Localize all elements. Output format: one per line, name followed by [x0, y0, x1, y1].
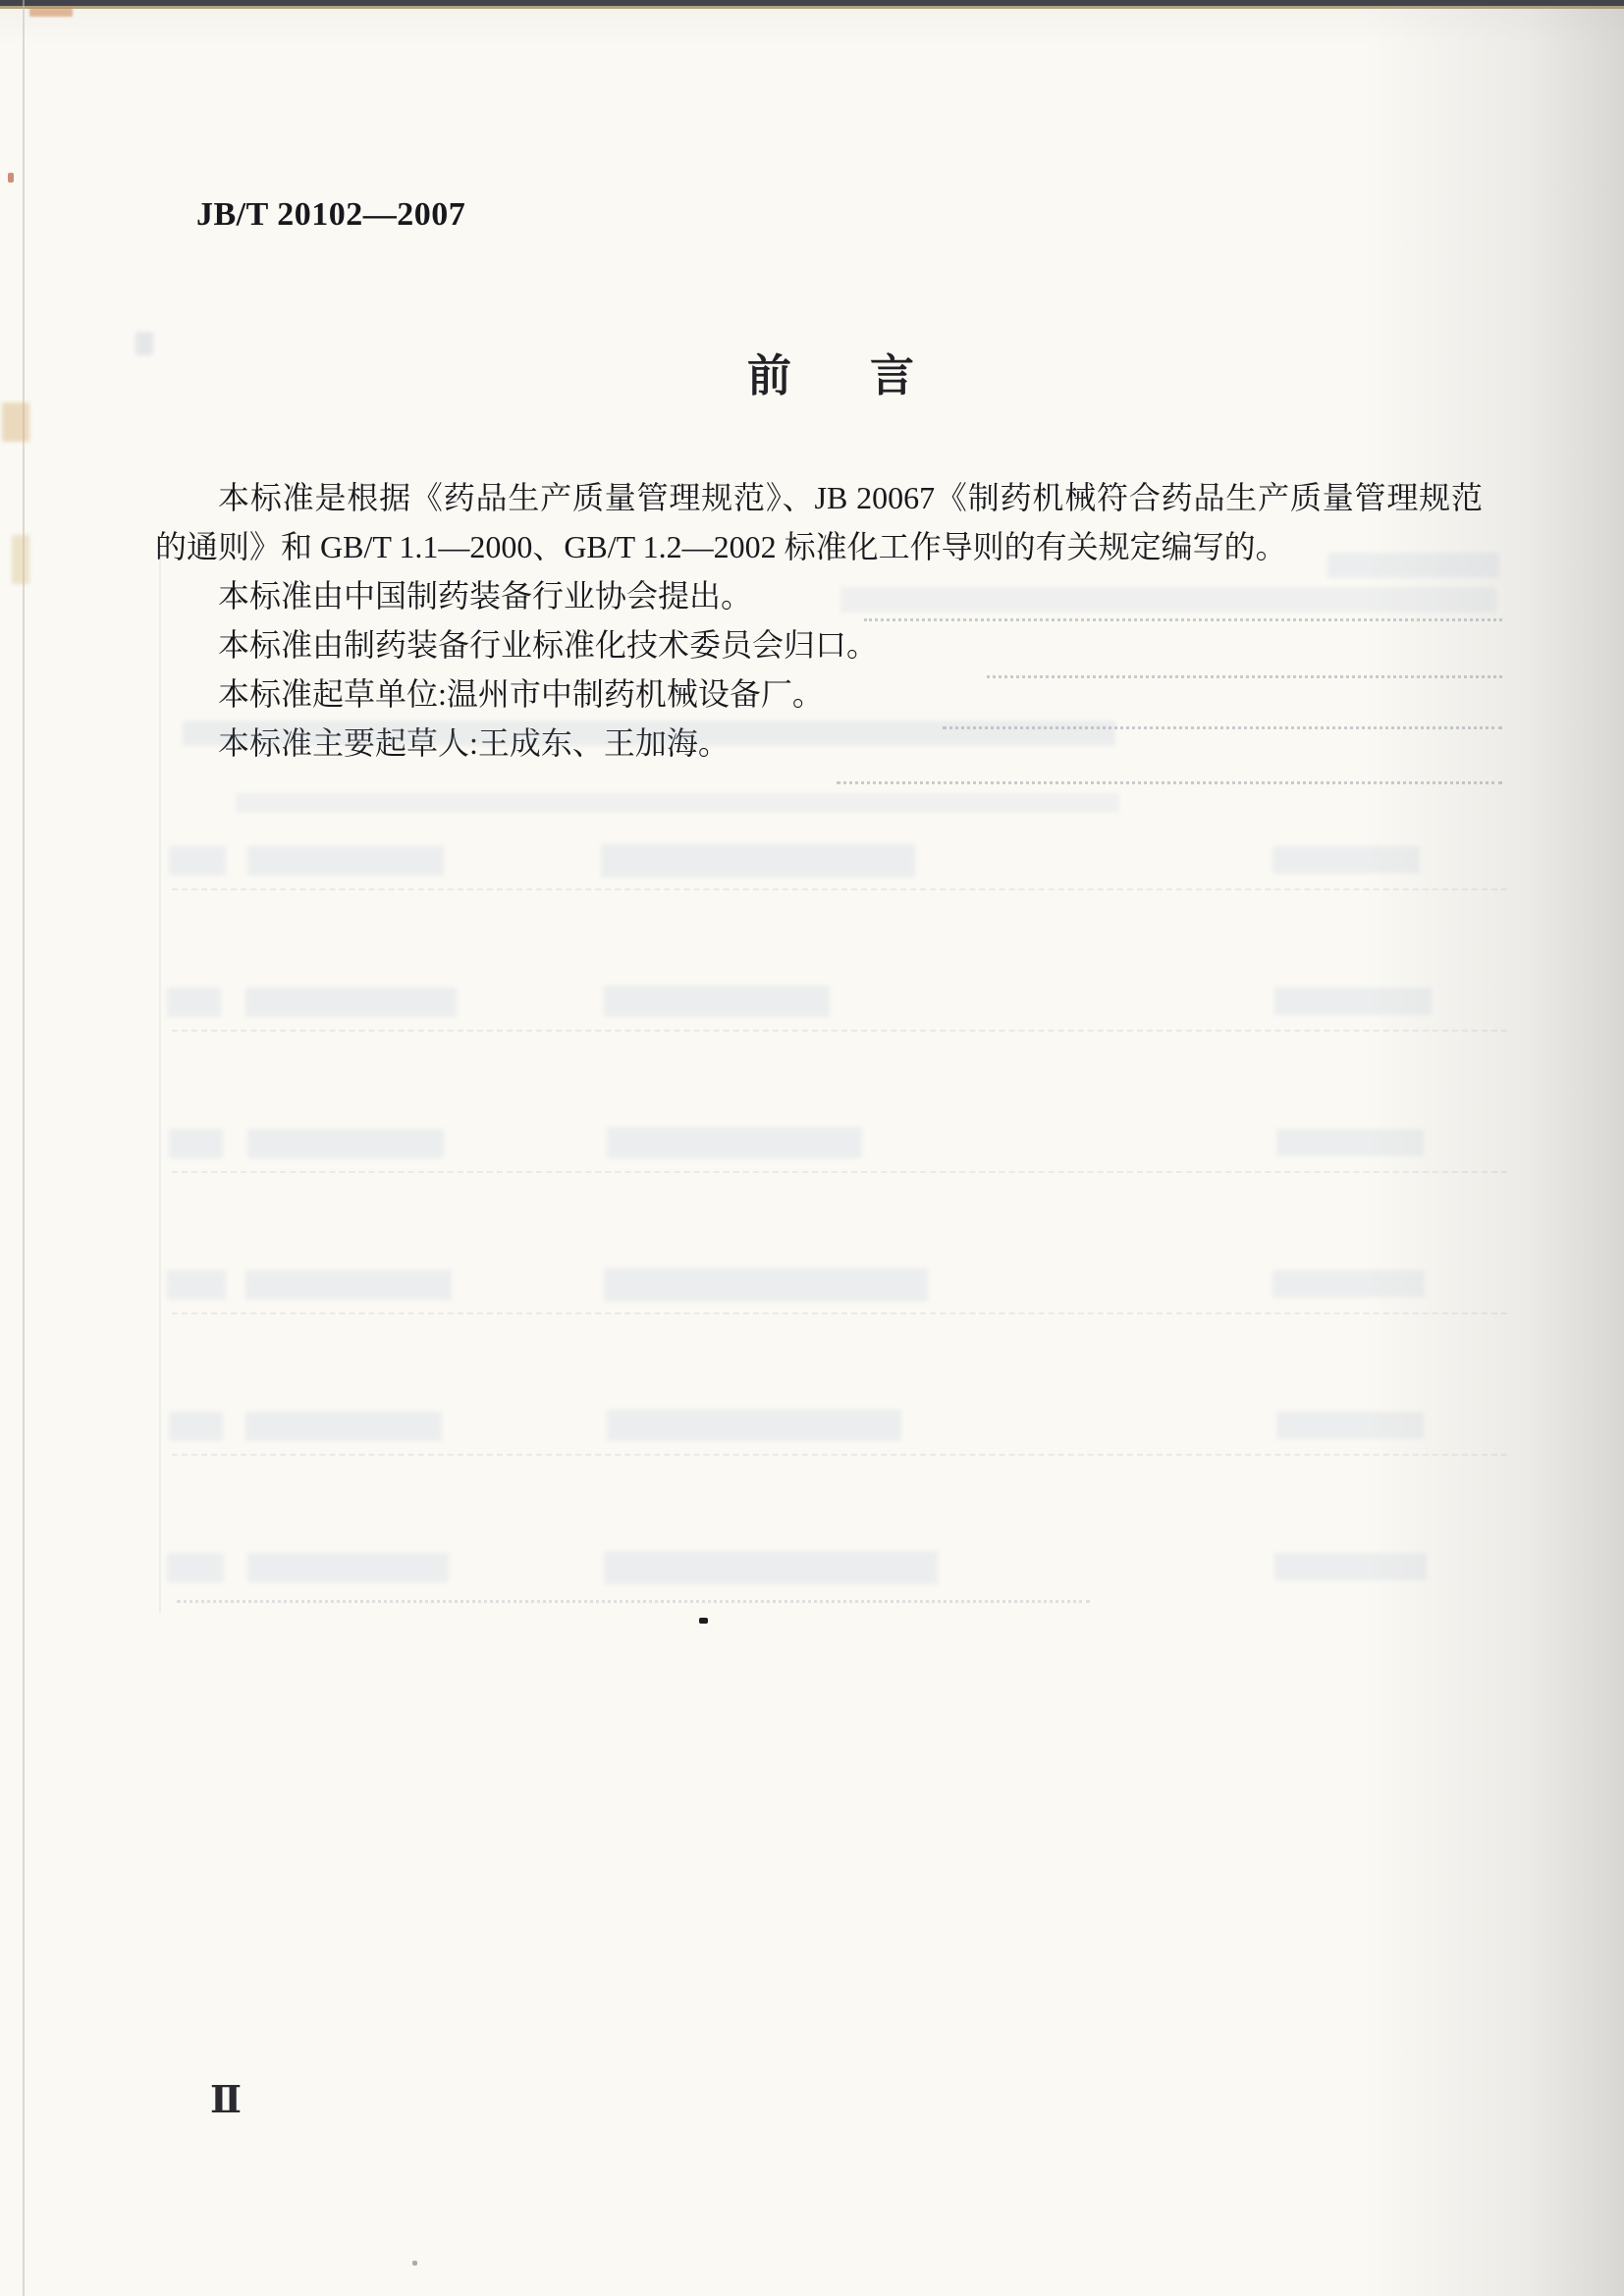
bleed-through-table-cell: [247, 846, 444, 876]
scan-speck: [29, 8, 73, 17]
bleed-through-table-cell: [1276, 1412, 1424, 1439]
bleed-through-table-cell: [607, 1410, 901, 1441]
bleed-through-table-cell: [167, 1270, 226, 1300]
bleed-through-table-cell: [169, 1129, 223, 1158]
scan-speck: [2, 402, 29, 442]
page-title: 前 言: [155, 353, 1483, 398]
foreword-paragraph: 本标准是根据《药品生产质量管理规范》、JB 20067《制药机械符合药品生产质量…: [155, 473, 1483, 571]
scanned-standard-page: JB/T 20102—2007 前 言 本标准是根据《药品生产质量管理规范》、J…: [0, 0, 1624, 2296]
bleed-through-table-cell: [245, 1270, 452, 1300]
bleed-through-text-smudge: [183, 721, 1115, 746]
bleed-through-table-cell: [601, 844, 915, 878]
bleed-through-row-separator: [172, 888, 1507, 890]
bleed-through-leader-dots: [837, 781, 1502, 784]
bleed-through-table-cell: [247, 1553, 449, 1582]
page-title-char-1: 前: [747, 353, 791, 398]
bleed-through-text-smudge: [840, 587, 1496, 613]
bleed-through-table-cell: [1276, 1129, 1424, 1156]
standard-number: JB/T 20102—2007: [196, 196, 465, 234]
bleed-through-table-cell: [607, 1127, 862, 1158]
bleed-through-table-cell: [169, 1412, 223, 1441]
scan-left-edge: [23, 0, 25, 2296]
bleed-through-leader-dots: [864, 618, 1502, 621]
bleed-through-table-cell: [245, 1412, 442, 1441]
page-title-char-2: 言: [870, 353, 914, 398]
scan-speck: [135, 332, 153, 355]
bleed-through-leader-dots: [987, 675, 1502, 678]
bleed-through-table-cell: [604, 986, 830, 1017]
bleed-through-table-border: [159, 548, 161, 1613]
bleed-through-table-cell: [247, 1129, 444, 1158]
page-number: Ⅱ: [210, 2077, 242, 2121]
scan-speck: [412, 2261, 417, 2266]
bleed-through-table-cell: [1272, 846, 1420, 874]
bleed-through-table-cell: [169, 846, 226, 876]
bleed-through-row-separator: [172, 1312, 1507, 1314]
bleed-through-table-cell: [1274, 988, 1432, 1015]
bleed-through-leader-dots: [177, 1600, 1090, 1603]
bleed-through-table-cell: [1272, 1270, 1425, 1298]
scan-speck: [8, 173, 14, 183]
bleed-through-row-separator: [172, 1454, 1507, 1456]
foreword-paragraph: 本标准由制药装备行业标准化技术委员会归口。: [155, 620, 1483, 669]
bleed-through-table-cell: [167, 1553, 224, 1582]
scan-speck: [699, 1618, 708, 1624]
bleed-through-text-smudge: [1327, 553, 1499, 578]
bleed-through-table-cell: [604, 1551, 938, 1584]
bleed-through-table-cell: [245, 988, 457, 1017]
bleed-through-table-cell: [1274, 1553, 1427, 1580]
bleed-through-row-separator: [172, 1171, 1507, 1173]
bleed-through-text-smudge: [236, 793, 1119, 813]
scan-top-edge-accent: [0, 6, 1624, 9]
scan-speck: [12, 535, 29, 584]
bleed-through-row-separator: [172, 1030, 1507, 1032]
bleed-through-table-cell: [167, 988, 221, 1017]
bleed-through-table-cell: [604, 1268, 928, 1302]
